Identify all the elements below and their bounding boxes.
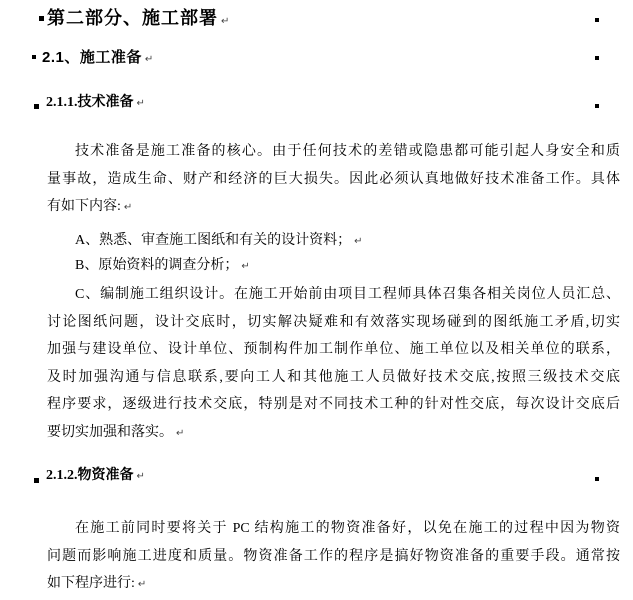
text-line: 在施工前同时要将关于 PC 结构施工的物资准备好，以免在施工的过程中因为物资: [47, 515, 620, 543]
heading-anchor-icon: [34, 104, 39, 109]
paragraph-mark: ↵: [221, 16, 229, 27]
text-line: 问题而影响施工进度和质量。物资准备工作的程序是搞好物资准备的重要手段。通常按: [47, 543, 620, 571]
sub-heading-text: 2.1.1.技术准备: [46, 95, 134, 110]
text-line: C、编制施工组织设计。在施工开始前由项目工程师具体召集各相关岗位人员汇总、: [47, 281, 620, 309]
text-line: 加强与建设单位、设计单位、预制构件加工制作单位、施工单位以及相关单位的联系，: [47, 336, 620, 364]
part-heading: 第二部分、施工部署↵: [47, 7, 229, 33]
heading-anchor-icon: [34, 478, 39, 483]
paragraph-mark: ↵: [241, 261, 249, 272]
text-line: 有如下内容:↵: [47, 193, 620, 222]
sub-heading-2-1-2: 2.1.2.物资准备↵: [46, 467, 145, 485]
section-heading-text: 2.1、施工准备: [42, 49, 142, 66]
document-page: 第二部分、施工部署↵ 2.1、施工准备↵ 2.1.1.技术准备↵ 2.1.2.物…: [0, 0, 633, 600]
text-line: 要切实加强和落实。↵: [47, 419, 620, 448]
paragraph-mark: ↵: [138, 579, 146, 590]
paragraph-mark: ↵: [137, 471, 145, 482]
part-heading-text: 第二部分、施工部署: [47, 8, 218, 28]
heading-bullet-icon: [32, 55, 36, 59]
heading-end-marker-icon: [595, 477, 599, 481]
list-item-b: B、原始资料的调查分析；↵: [47, 252, 620, 281]
paragraph-mark: ↵: [124, 202, 132, 213]
section-heading-2-1: 2.1、施工准备↵: [42, 49, 153, 69]
sub-heading-2-1-1: 2.1.1.技术准备↵: [46, 94, 145, 112]
text-line: B、原始资料的调查分析；↵: [47, 252, 620, 281]
paragraph-technical-intro: 技术准备是施工准备的核心。由于任何技术的差错或隐患都可能引起人身安全和质量事故，…: [47, 138, 620, 222]
heading-bullet-icon: [39, 16, 44, 21]
paragraph-mark: ↵: [137, 98, 145, 109]
list-item-c-paragraph: C、编制施工组织设计。在施工开始前由项目工程师具体召集各相关岗位人员汇总、讨论图…: [47, 281, 620, 447]
paragraph-mark: ↵: [145, 54, 153, 65]
text-line: 技术准备是施工准备的核心。由于任何技术的差错或隐患都可能引起人身安全和质: [47, 138, 620, 166]
text-line: 量事故，造成生命、财产和经济的巨大损失。因此必须认真地做好技术准备工作。具体: [47, 166, 620, 194]
text-line: 讨论图纸问题，设计交底时，切实解决疑难和有效落实现场碰到的图纸施工矛盾,切实: [47, 309, 620, 337]
text-line: 及时加强沟通与信息联系,要向工人和其他施工人员做好技术交底,按照三级技术交底: [47, 364, 620, 392]
sub-heading-text: 2.1.2.物资准备: [46, 468, 134, 483]
paragraph-mark: ↵: [354, 236, 362, 247]
heading-end-marker-icon: [595, 18, 599, 22]
text-line: 程序要求，逐级进行技术交底，特别是对不同技术工种的针对性交底，每次设计交底后: [47, 391, 620, 419]
paragraph-mark: ↵: [176, 428, 184, 439]
heading-end-marker-icon: [595, 56, 599, 60]
heading-end-marker-icon: [595, 104, 599, 108]
text-line: 如下程序进行:↵: [47, 570, 620, 599]
paragraph-material-intro: 在施工前同时要将关于 PC 结构施工的物资准备好，以免在施工的过程中因为物资问题…: [47, 515, 620, 599]
